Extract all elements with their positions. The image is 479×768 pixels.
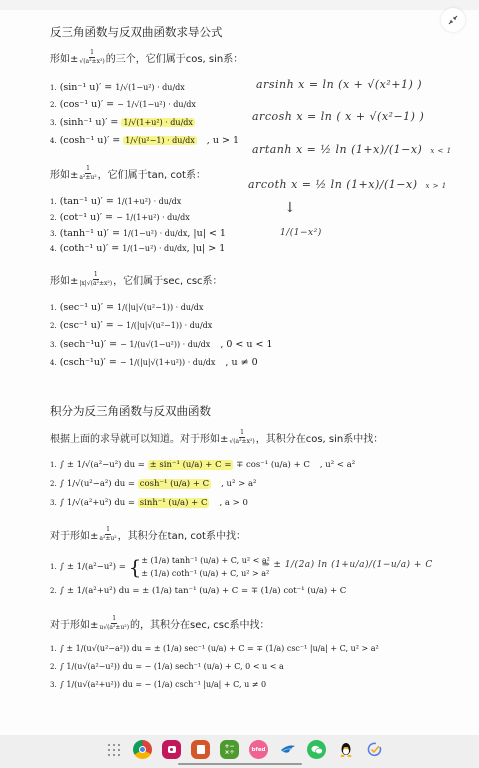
frac-den: √(a²±x²) bbox=[79, 58, 104, 65]
intro-suffix: ，它们属于sec, csc系： bbox=[113, 272, 222, 287]
frac-den: |x|√(a²±x²) bbox=[79, 280, 112, 287]
collapse-icon bbox=[448, 15, 458, 25]
intro-prefix: 形如± bbox=[50, 166, 78, 181]
frac-num: 1 bbox=[89, 50, 95, 58]
handwritten-note: arcosh x = ln ( x + √(x²−1) ) bbox=[252, 110, 424, 123]
frac-den: √(a²±x²) bbox=[229, 438, 254, 445]
highlight: sinh⁻¹ (u/a) + C bbox=[138, 498, 210, 508]
integral-formula: 3.∫ 1/(u√(a²+u²)) du = − (1/a) csch⁻¹ |u… bbox=[50, 680, 266, 689]
fraction: 1|x|√(a²±x²) bbox=[79, 272, 112, 287]
section1-intro-c: 形如± 1|x|√(a²±x²) ，它们属于sec, csc系： bbox=[50, 272, 223, 287]
derivative-formula: 3.(sech⁻¹u)′ = − 1/(u√(1−u²)) · du/dx, 0… bbox=[50, 339, 273, 350]
derivative-formula: 3.(sinh⁻¹ u)′ = 1/√(1+u²) · du/dx bbox=[50, 117, 195, 128]
section2-title: 积分为反三角函数与反双曲函数 bbox=[50, 403, 211, 419]
frac-num: 1 bbox=[85, 166, 91, 174]
integral-formula: 2.∫ ± 1/(a²+u²) du = ± (1/a) tan⁻¹ (u/a)… bbox=[50, 586, 346, 596]
status-bar bbox=[0, 0, 479, 10]
frac-den: a²±u² bbox=[99, 535, 116, 542]
derivative-formula: 4.(csch⁻¹u)′ = − 1/(|u|√(1+u²)) · du/dx,… bbox=[50, 357, 258, 368]
fraction: 1a²±u² bbox=[79, 166, 96, 181]
frac-den: a²±u² bbox=[79, 174, 96, 181]
taskbar-dock: +−×÷ bfed bbox=[0, 735, 479, 768]
derivative-formula: 1.(sec⁻¹ u)′ = 1/(|u|√(u²−1)) · du/dx bbox=[50, 302, 203, 313]
frac-num: 1 bbox=[239, 430, 245, 438]
tick-app-icon[interactable] bbox=[365, 740, 384, 759]
highlight: ± sin⁻¹ (u/a) + C = bbox=[148, 460, 234, 470]
weibo-app-icon[interactable]: bfed bbox=[249, 740, 268, 759]
home-indicator[interactable] bbox=[178, 763, 302, 765]
fraction: 1√(a²±x²) bbox=[229, 430, 254, 445]
frac-den: u√(a²±u²) bbox=[99, 624, 129, 631]
intro-suffix: ，它们属于tan, cot系： bbox=[98, 166, 206, 181]
notes-icon[interactable] bbox=[191, 740, 210, 759]
fraction: 1u√(a²±u²) bbox=[99, 616, 129, 631]
bird-app-icon[interactable] bbox=[278, 740, 297, 759]
section2-intro-a: 根据上面的求导就可以知道。对于形如± 1√(a²±x²) ，其积分在cos, s… bbox=[50, 430, 383, 445]
fraction: 1√(a²±x²) bbox=[79, 50, 104, 65]
section1-intro-a: 形如± 1√(a²±x²) 的三个，它们属于cos, sin系： bbox=[50, 50, 243, 65]
handwritten-note: arsinh x = ln (x + √(x²+1) ) bbox=[256, 78, 422, 91]
intro-suffix: 的，其积分在sec, csc系中找： bbox=[130, 616, 269, 631]
fraction: 1a²±u² bbox=[99, 527, 116, 542]
handwritten-note: 1/(1−x²) bbox=[280, 228, 322, 238]
integral-formula: 1.∫ ± 1/(a²−u²) = { ± (1/a) tanh⁻¹ (u/a)… bbox=[50, 554, 270, 580]
intro-prefix: 根据上面的求导就可以知道。对于形如± bbox=[50, 430, 228, 445]
section1-intro-b: 形如± 1a²±u² ，它们属于tan, cot系： bbox=[50, 166, 206, 181]
derivative-formula: 4.(coth⁻¹ u)′ = 1/(1−u²) · du/dx, |u| > … bbox=[50, 243, 225, 254]
frac-num: 1 bbox=[93, 272, 99, 280]
wechat-icon[interactable] bbox=[307, 740, 326, 759]
frac-num: 1 bbox=[105, 527, 111, 535]
intro-prefix: 形如± bbox=[50, 272, 78, 287]
frac-num: 1 bbox=[111, 616, 117, 624]
handwritten-note: arcoth x = ½ ln (1+x)/(1−x) x > 1 bbox=[248, 178, 447, 191]
section1-title: 反三角函数与反双曲函数求导公式 bbox=[50, 24, 223, 40]
highlight: 1/√(u²−1) · du/dx bbox=[123, 136, 197, 145]
screen-recorder-icon[interactable] bbox=[162, 740, 181, 759]
intro-prefix: 对于形如± bbox=[50, 616, 98, 631]
handwritten-note: artanh x = ½ ln (1+x)/(1−x) x < 1 bbox=[252, 143, 452, 156]
integral-formula: 1.∫ ± 1/√(a²−u²) du = ± sin⁻¹ (u/a) + C … bbox=[50, 460, 355, 470]
integral-formula: 2.∫ 1/√(u²−a²) du = cosh⁻¹ (u/a) + C, u²… bbox=[50, 479, 256, 489]
handwritten-note: ⇒ ± 1/(2a) ln (1+u/a)/(1−u/a) + C bbox=[262, 560, 433, 570]
section2-intro-b: 对于形如± 1a²±u² ，其积分在tan, cot系中找： bbox=[50, 527, 246, 542]
intro-suffix: ，其积分在tan, cot系中找： bbox=[118, 527, 246, 542]
derivative-formula: 2.(csc⁻¹ u)′ = − 1/(|u|√(u²−1)) · du/dx bbox=[50, 320, 212, 331]
collapse-button[interactable] bbox=[441, 8, 465, 32]
derivative-formula: 2.(cos⁻¹ u)′ = − 1/√(1−u²) · du/dx bbox=[50, 99, 196, 110]
integral-formula: 1.∫ ± 1/(u√(u²−a²)) du = ± (1/a) sec⁻¹ (… bbox=[50, 644, 379, 653]
intro-prefix: 对于形如± bbox=[50, 527, 98, 542]
arrow-down-icon: ↓ bbox=[284, 200, 296, 216]
intro-suffix: 的三个，它们属于cos, sin系： bbox=[106, 50, 244, 65]
section2-intro-c: 对于形如± 1u√(a²±u²) 的，其积分在sec, csc系中找： bbox=[50, 616, 269, 631]
app-drawer-icon[interactable] bbox=[104, 740, 123, 759]
calculator-icon[interactable]: +−×÷ bbox=[220, 740, 239, 759]
highlight: cosh⁻¹ (u/a) + C bbox=[138, 479, 211, 489]
intro-prefix: 形如± bbox=[50, 50, 78, 65]
derivative-formula: 1.(tan⁻¹ u)′ = 1/(1+u²) · du/dx bbox=[50, 196, 181, 207]
intro-suffix: ，其积分在cos, sin系中找： bbox=[256, 430, 384, 445]
derivative-formula: 4.(cosh⁻¹ u)′ = 1/√(u²−1) · du/dx, u > 1 bbox=[50, 135, 239, 146]
derivative-formula: 1.(sin⁻¹ u)′ = 1/√(1−u²) · du/dx bbox=[50, 82, 185, 93]
integral-formula: 3.∫ 1/√(a²+u²) du = sinh⁻¹ (u/a) + C, a … bbox=[50, 498, 248, 508]
derivative-formula: 3.(tanh⁻¹ u)′ = 1/(1−u²) · du/dx, |u| < … bbox=[50, 228, 226, 239]
qq-icon[interactable] bbox=[336, 740, 355, 759]
highlight: 1/√(1+u²) · du/dx bbox=[121, 118, 195, 127]
derivative-formula: 2.(cot⁻¹ u)′ = − 1/(1+u²) · du/dx bbox=[50, 212, 190, 223]
chrome-icon[interactable] bbox=[133, 740, 152, 759]
integral-formula: 2.∫ 1/(u√(a²−u²)) du = − (1/a) sech⁻¹ (u… bbox=[50, 662, 284, 671]
